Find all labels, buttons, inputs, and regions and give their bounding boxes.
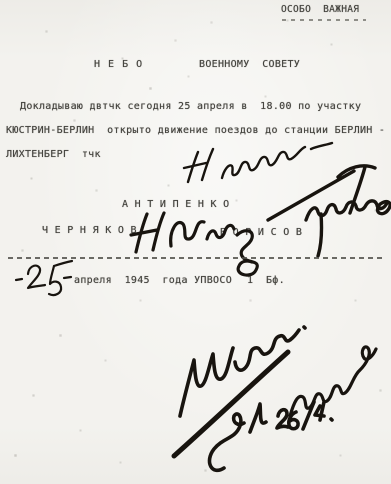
signatory-chernyakov: Ч Е Р Н Я К О В	[42, 225, 137, 236]
signature-bottom-right	[290, 347, 376, 416]
scanned-telegram-document: ОСОБО ВАЖНАЯ Н Е Б О ВОЕННОМУ СОВЕТУ Док…	[0, 0, 391, 484]
addressee: ВОЕННОМУ СОВЕТУ	[199, 59, 300, 70]
signature-chernyakov-handwritten	[126, 206, 274, 282]
paper-noise	[0, 0, 1, 1]
classification-stamp: ОСОБО ВАЖНАЯ	[281, 4, 359, 15]
signature-borisov-handwritten	[266, 154, 391, 262]
body-line-3: ЛИХТЕНБЕРГ тчк	[6, 149, 101, 160]
signature-bottom-left	[180, 327, 305, 416]
handwritten-day	[14, 256, 74, 296]
bottom-signatures-group	[138, 298, 391, 484]
classification-underline	[282, 19, 366, 21]
signature-bottom-center-note	[209, 402, 332, 470]
body-line-1: Докладываю двтчк сегодня 25 апреля в 18.…	[20, 101, 361, 112]
codeword: Н Е Б О	[94, 59, 143, 70]
dateline-front: 1 Бф.	[247, 275, 285, 286]
dateline-typed: апреля 1945 года УПВОСО	[74, 275, 232, 286]
